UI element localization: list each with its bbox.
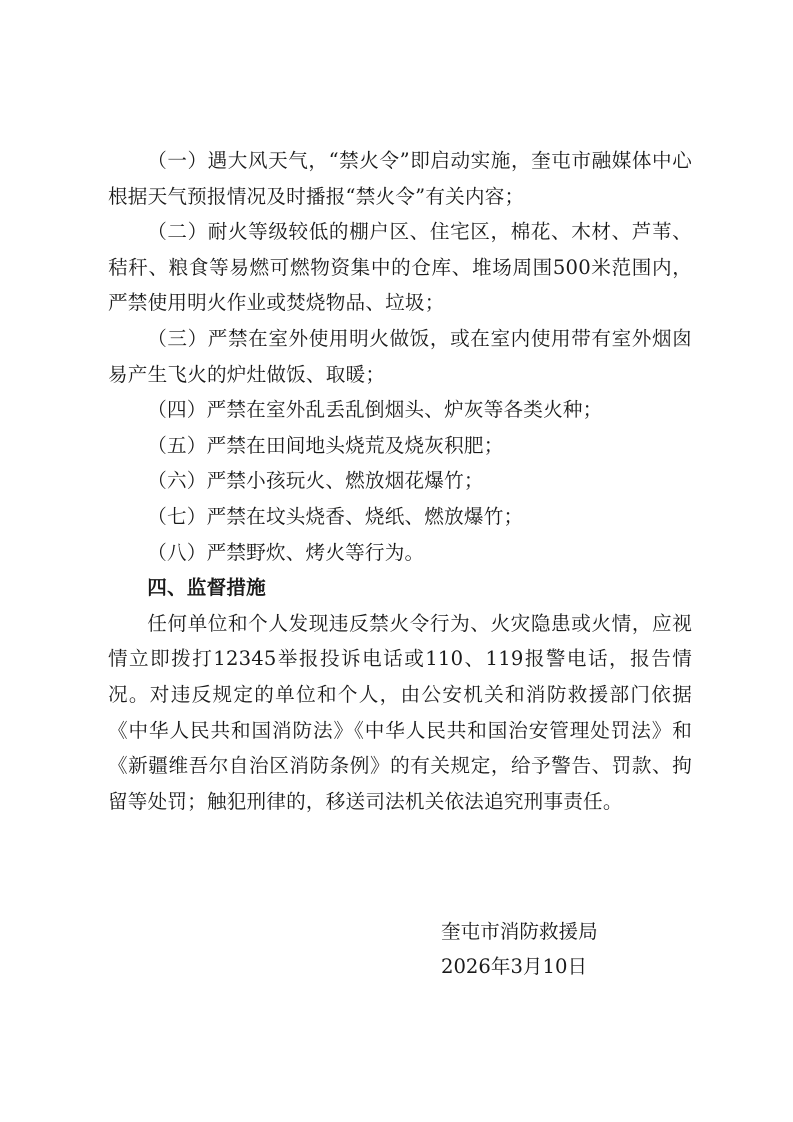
item-label: （二）: [147, 220, 208, 243]
item-text: 严禁野炊、烤火等行为。: [207, 541, 425, 564]
signature-block: 奎屯市消防救援局 2026年3月10日: [441, 914, 598, 984]
item-text: 严禁在坟头烧香、烧纸、燃放爆竹；: [207, 505, 524, 528]
document-page: （一）遇大风天气，“禁火令”即启动实施，奎屯市融媒体中心根据天气预报情况及时播报…: [0, 0, 793, 1122]
list-item-4: （四）严禁在室外乱丢乱倒烟头、炉灰等各类火种；: [108, 392, 692, 428]
item-label: （一）: [147, 149, 207, 172]
item-text: 严禁小孩玩火、燃放烟花爆竹；: [207, 469, 484, 492]
item-label: （四）: [147, 398, 206, 421]
item-label: （三）: [147, 327, 208, 350]
item-label: （六）: [147, 469, 206, 492]
list-item-5: （五）严禁在田间地头烧荒及烧灰积肥；: [108, 428, 692, 464]
item-text: 严禁在田间地头烧荒及烧灰积肥；: [207, 434, 504, 457]
list-item-8: （八）严禁野炊、烤火等行为。: [108, 535, 692, 571]
issuer-name: 奎屯市消防救援局: [441, 914, 598, 949]
item-label: （七）: [147, 505, 206, 528]
item-label: （八）: [147, 541, 206, 564]
issue-date: 2026年3月10日: [441, 949, 598, 984]
list-item-7: （七）严禁在坟头烧香、烧纸、燃放爆竹；: [108, 499, 692, 535]
document-body: （一）遇大风天气，“禁火令”即启动实施，奎屯市融媒体中心根据天气预报情况及时播报…: [108, 143, 692, 819]
list-item-3: （三）严禁在室外使用明火做饭，或在室内使用带有室外烟囱易产生飞火的炉灶做饭、取暖…: [108, 321, 692, 392]
list-item-6: （六）严禁小孩玩火、燃放烟花爆竹；: [108, 463, 692, 499]
item-label: （五）: [147, 434, 206, 457]
item-text: 严禁在室外乱丢乱倒烟头、炉灰等各类火种；: [207, 398, 603, 421]
supervision-paragraph: 任何单位和个人发现违反禁火令行为、火灾隐患或火情，应视情立即拨打12345举报投…: [108, 606, 692, 820]
list-item-1: （一）遇大风天气，“禁火令”即启动实施，奎屯市融媒体中心根据天气预报情况及时播报…: [108, 143, 692, 214]
section-heading: 四、监督措施: [108, 570, 692, 606]
list-item-2: （二）耐火等级较低的棚户区、住宅区，棉花、木材、芦苇、秸秆、粮食等易燃可燃物资集…: [108, 214, 692, 321]
